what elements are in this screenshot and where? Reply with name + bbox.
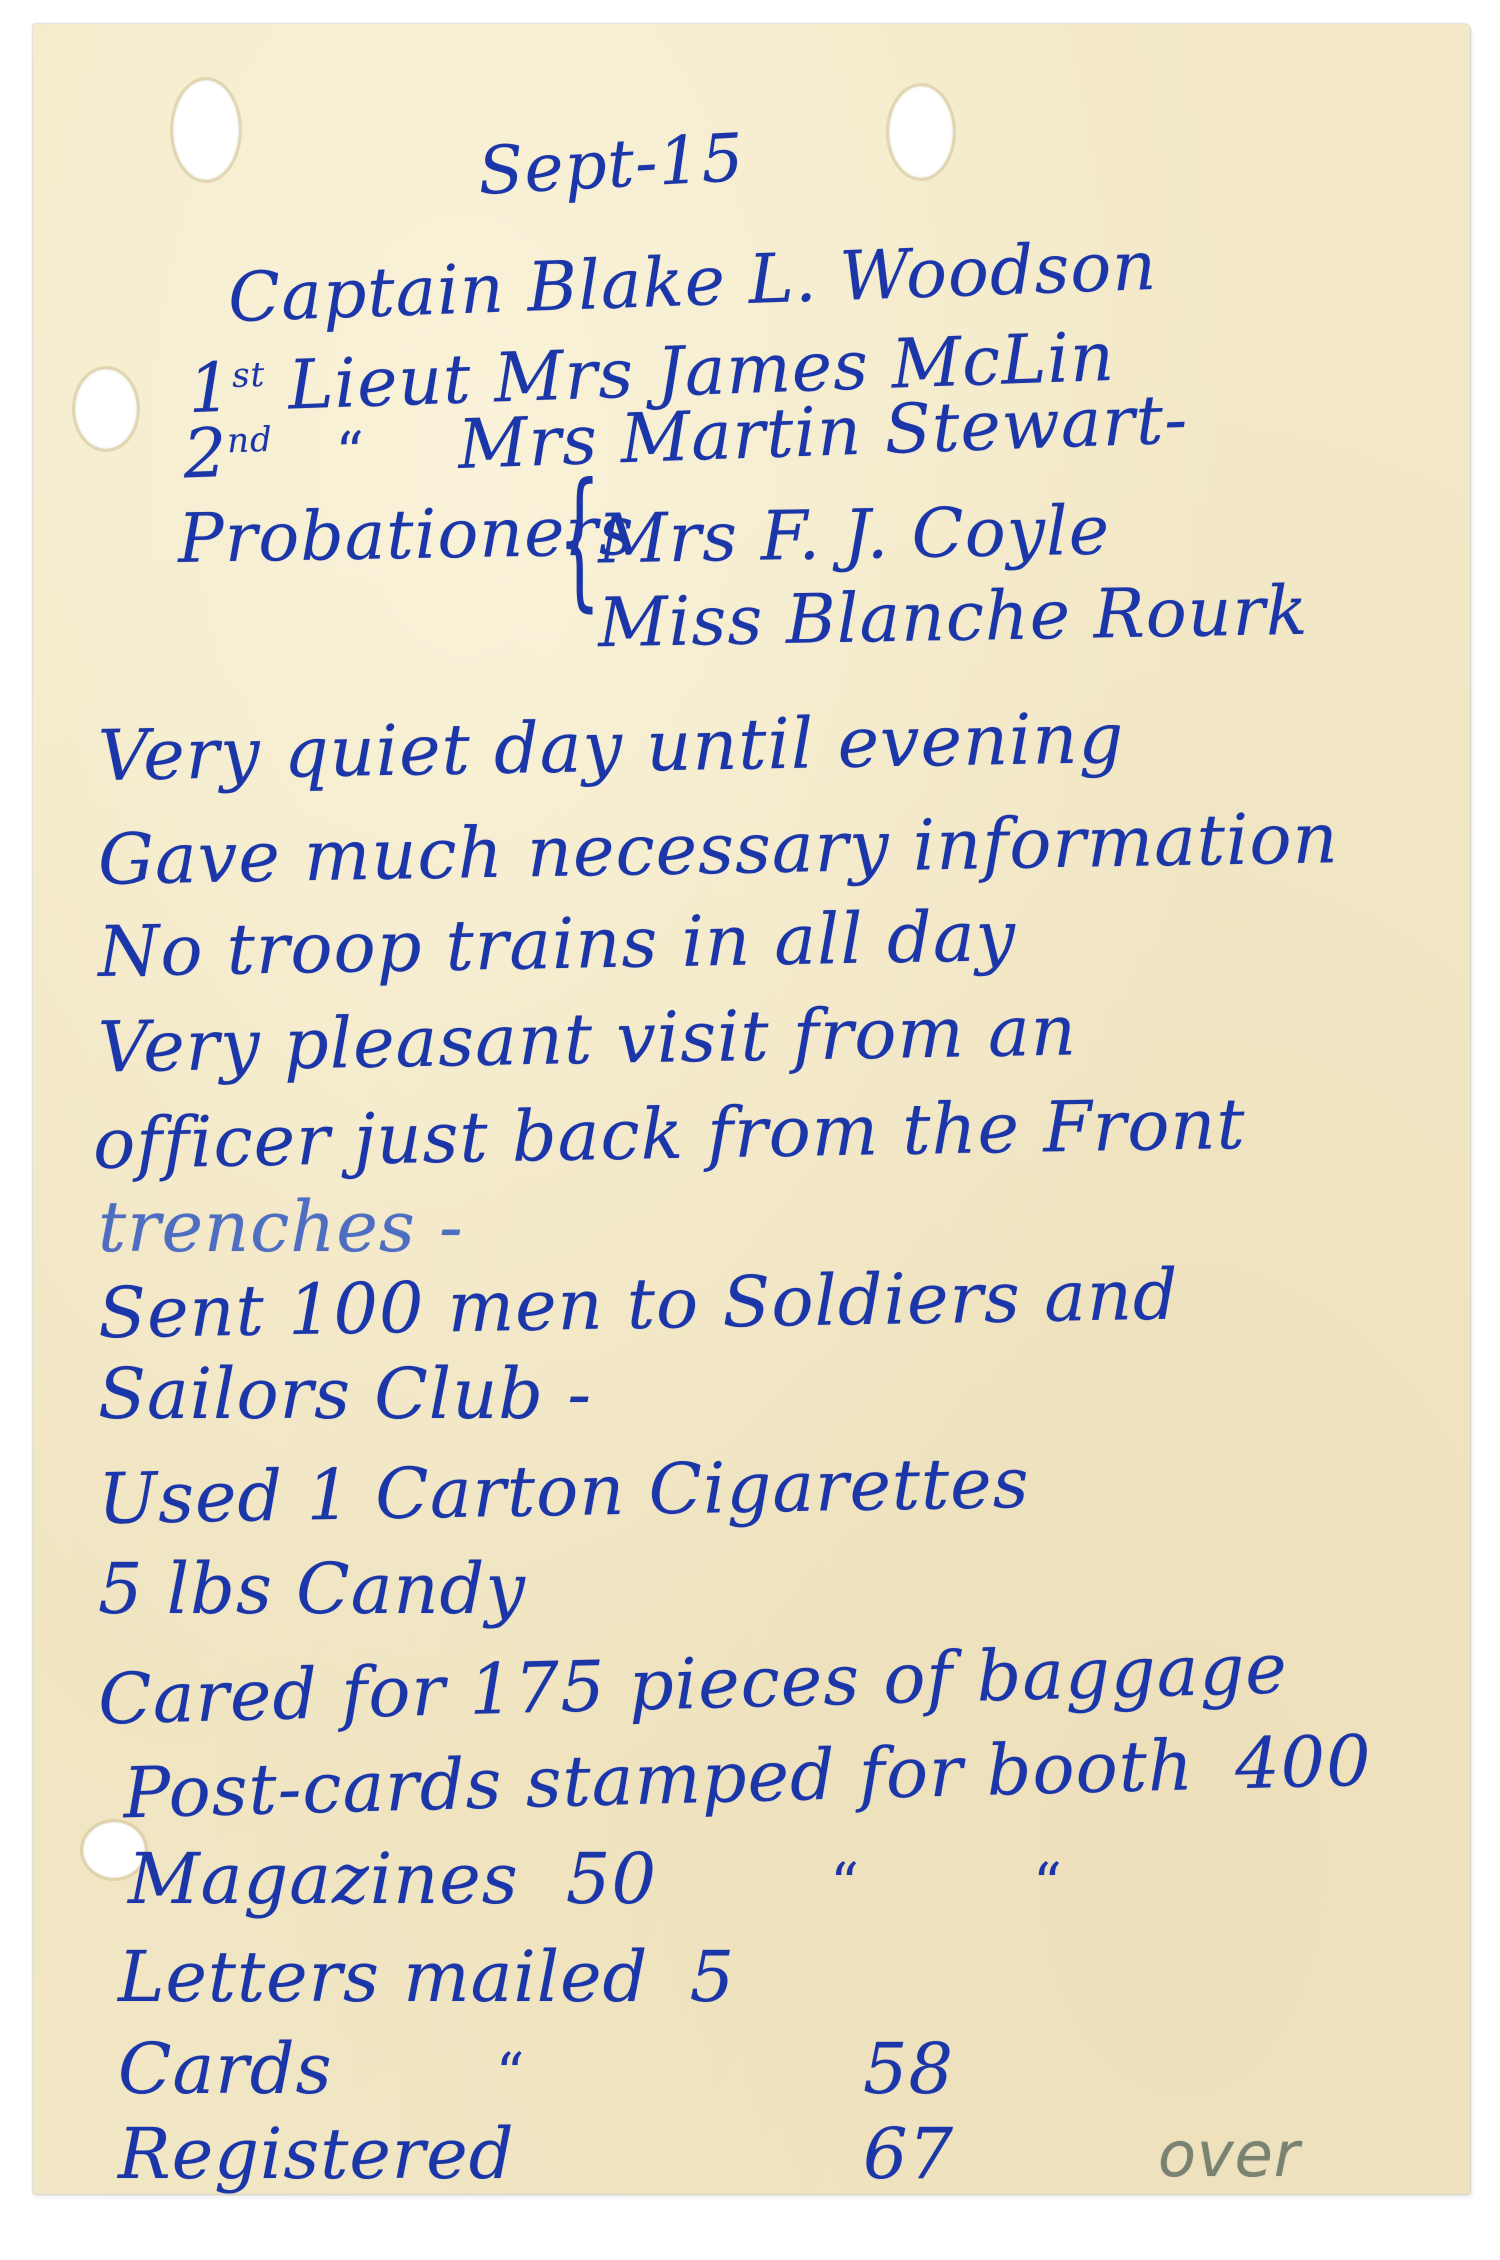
tally-value: 400 <box>1234 1720 1373 1806</box>
narrative-line: 5 lbs Candy <box>98 1554 526 1624</box>
narrative-line: Cared for 175 pieces of baggage <box>97 1633 1288 1734</box>
bracket-mark: { <box>558 464 601 614</box>
tally-row: Post-cards stamped for booth 400 <box>122 1726 1372 1829</box>
document-page: Sept-15 Captain Blake L. Woodson 1st Lie… <box>33 24 1470 2194</box>
punch-hole <box>173 80 239 180</box>
ditto-mark: “ <box>1033 1852 1063 1917</box>
over-note: over <box>1158 2124 1300 2186</box>
narrative-line: trenches - <box>98 1192 464 1262</box>
rank-label: Captain <box>227 250 506 339</box>
narrative-line: officer just back from the Front <box>92 1089 1246 1179</box>
punch-hole <box>889 86 953 178</box>
tally-label: Cards <box>118 2028 333 2110</box>
tally-row: Registered 67 <box>118 2119 515 2189</box>
tally-label: Magazines <box>128 1838 519 1920</box>
tally-value: 58 <box>863 2034 954 2104</box>
tally-row: Letters mailed 5 <box>118 1942 735 2012</box>
probationer-name: Miss Blanche Rourk <box>597 578 1308 658</box>
roster-captain: Captain Blake L. Woodson <box>227 233 1158 333</box>
narrative-line: Gave much necessary information <box>97 803 1339 895</box>
tally-value: 5 <box>690 1936 736 2018</box>
narrative-line: Sailors Club - <box>98 1359 592 1429</box>
tally-row: Cards “ 58 <box>118 2034 525 2104</box>
rank-number: 2 <box>182 414 229 494</box>
ditto-mark: “ <box>496 2042 526 2107</box>
ditto-mark: “ <box>830 1852 860 1917</box>
entry-date: Sept-15 <box>476 125 745 205</box>
rank-suffix: nd <box>226 420 273 462</box>
tally-row: Magazines 50 “ “ <box>128 1844 1063 1914</box>
narrative-line: Very quiet day until evening <box>97 703 1124 791</box>
ditto-mark: “ <box>335 420 367 486</box>
narrative-line: No troop trains in all day <box>97 901 1016 987</box>
tally-label: Letters mailed <box>118 1936 648 2018</box>
tally-label: Registered <box>118 2113 515 2195</box>
narrative-line: Used 1 Carton Cigarettes <box>97 1448 1030 1534</box>
officer-name: Blake L. Woodson <box>526 227 1158 328</box>
tally-label: Post-cards stamped for booth <box>122 1724 1195 1834</box>
rank-suffix: st <box>231 355 266 396</box>
narrative-line: Very pleasant visit from an <box>97 995 1077 1082</box>
probationer-name: Mrs F. J. Coyle <box>597 498 1110 575</box>
tally-value: 50 <box>566 1838 657 1920</box>
punch-hole <box>75 369 137 449</box>
tally-value: 67 <box>863 2119 954 2189</box>
narrative-line: Sent 100 men to Soldiers and <box>97 1260 1179 1349</box>
